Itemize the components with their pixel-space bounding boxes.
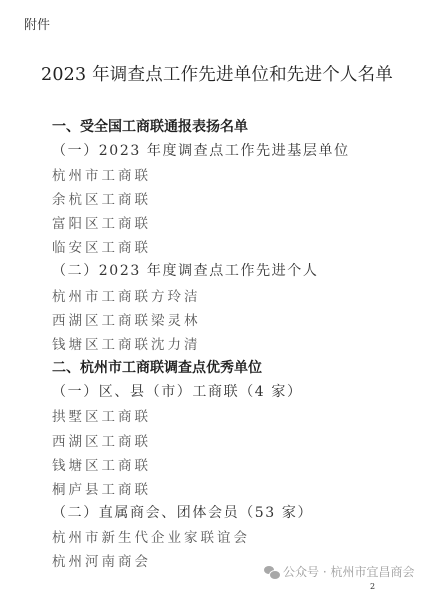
subsection-2-2-heading: （二）直属商会、团体会员（53 家） (52, 502, 313, 522)
section-1-heading: 一、受全国工商联通报表扬名单 (52, 116, 248, 136)
list-item: 西湖区工商联梁灵林 (52, 309, 201, 329)
subsection-1-1-heading: （一）2023 年度调查点工作先进基层单位 (52, 140, 350, 160)
list-item: 余杭区工商联 (52, 188, 151, 208)
list-item: 钱塘区工商联 (52, 454, 151, 474)
list-item: 杭州市工商联方玲洁 (52, 285, 201, 305)
list-item: 桐庐县工商联 (52, 478, 151, 498)
subsection-2-1-heading: （一）区、县（市）工商联（4 家） (52, 381, 303, 401)
watermark: 公众号 · 杭州市宜昌商会 (264, 563, 414, 580)
section-2-heading: 二、杭州市工商联调查点优秀单位 (52, 357, 262, 377)
document-title: 2023 年调查点工作先进单位和先进个人名单 (0, 61, 434, 86)
list-item: 西湖区工商联 (52, 430, 151, 450)
wechat-icon (264, 566, 279, 578)
subsection-1-2-heading: （二）2023 年度调查点工作先进个人 (52, 260, 318, 280)
list-item: 钱塘区工商联沈力清 (52, 333, 201, 353)
list-item: 杭州市工商联 (52, 164, 151, 184)
attachment-label: 附件 (24, 14, 50, 33)
list-item: 富阳区工商联 (52, 212, 151, 232)
list-item: 杭州河南商会 (52, 550, 151, 570)
list-item: 临安区工商联 (52, 236, 151, 256)
watermark-text: 公众号 · 杭州市宜昌商会 (283, 563, 414, 580)
page-number: 2 (370, 582, 375, 589)
list-item: 杭州市新生代企业家联谊会 (52, 526, 250, 546)
list-item: 拱墅区工商联 (52, 405, 151, 425)
